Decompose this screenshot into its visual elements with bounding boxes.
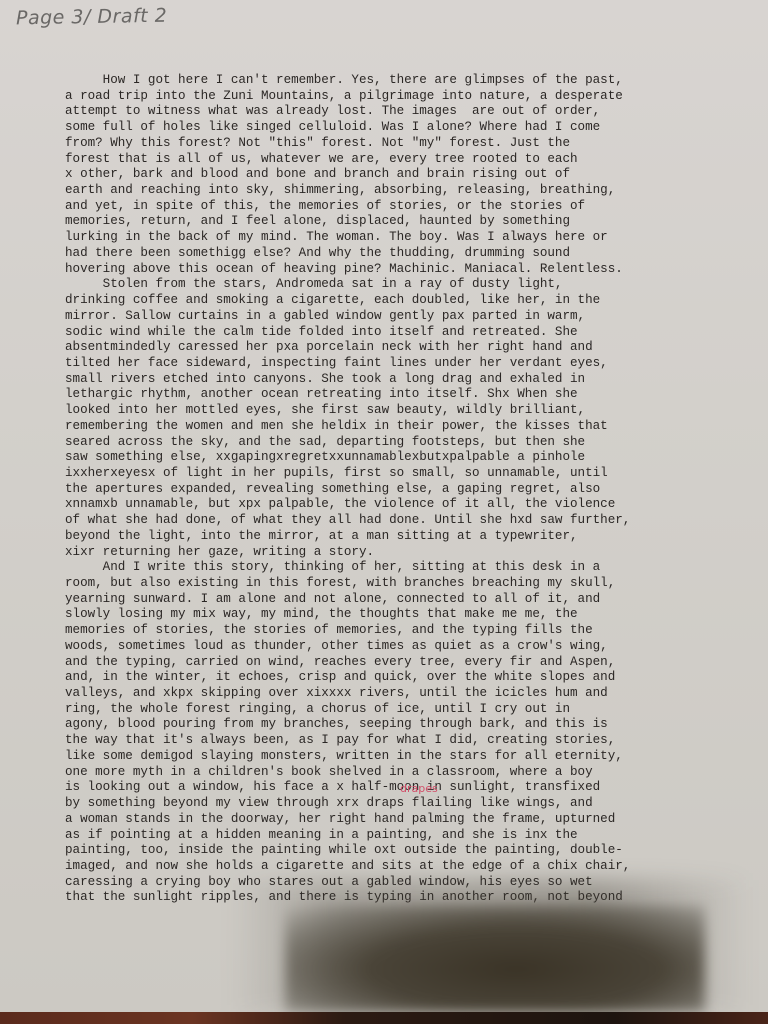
manuscript-line: as if pointing at a hidden meaning in a …: [65, 828, 705, 844]
manuscript-line: sodic wind while the calm tide folded in…: [65, 325, 705, 341]
manuscript-line: like some demigod slaying monsters, writ…: [65, 749, 705, 765]
manuscript-line: attempt to witness what was already lost…: [65, 104, 705, 120]
manuscript-line: by something beyond my view through xrx …: [65, 796, 705, 812]
manuscript-line: x other, bark and blood and bone and bra…: [65, 167, 705, 183]
manuscript-line: absentmindedly caressed her pxa porcelai…: [65, 340, 705, 356]
manuscript-line: imaged, and now she holds a cigarette an…: [65, 859, 705, 875]
manuscript-line: a road trip into the Zuni Mountains, a p…: [65, 89, 705, 105]
manuscript-line: saw something else, xxgapingxregretxxunn…: [65, 450, 705, 466]
manuscript-line: xixr returning her gaze, writing a story…: [65, 545, 705, 561]
manuscript-line: and, in the winter, it echoes, crisp and…: [65, 670, 705, 686]
manuscript-line: woods, sometimes loud as thunder, other …: [65, 639, 705, 655]
manuscript-line: remembering the women and men she heldix…: [65, 419, 705, 435]
manuscript-line: and the typing, carried on wind, reaches…: [65, 655, 705, 671]
manuscript-line: of what she had done, of what they all h…: [65, 513, 705, 529]
manuscript-line: yearning sunward. I am alone and not alo…: [65, 592, 705, 608]
manuscript-line: seared across the sky, and the sad, depa…: [65, 435, 705, 451]
manuscript-line: one more myth in a children's book shelv…: [65, 765, 705, 781]
manuscript-line: agony, blood pouring from my branches, s…: [65, 717, 705, 733]
page-draft-note: Page 3/ Draft 2: [16, 5, 168, 30]
desk-surface: [0, 1012, 768, 1024]
manuscript-line: is looking out a window, his face a x ha…: [65, 780, 705, 796]
handwritten-correction: drapes: [400, 782, 438, 795]
manuscript-line: small rivers etched into canyons. She to…: [65, 372, 705, 388]
manuscript-line: ring, the whole forest ringing, a chorus…: [65, 702, 705, 718]
manuscript-line: a woman stands in the doorway, her right…: [65, 812, 705, 828]
manuscript-line: and yet, in spite of this, the memories …: [65, 199, 705, 215]
manuscript-line: xnnamxb unnamable, but xpx palpable, the…: [65, 497, 705, 513]
manuscript-line: tilted her face sideward, inspecting fai…: [65, 356, 705, 372]
manuscript-line: lethargic rhythm, another ocean retreati…: [65, 387, 705, 403]
manuscript-line: ixxherxeyesx of light in her pupils, fir…: [65, 466, 705, 482]
manuscript-line: room, but also existing in this forest, …: [65, 576, 705, 592]
manuscript-line: memories, return, and I feel alone, disp…: [65, 214, 705, 230]
manuscript-line: had there been somethigg else? And why t…: [65, 246, 705, 262]
manuscript-line: some full of holes like singed celluloid…: [65, 120, 705, 136]
manuscript-line: mirror. Sallow curtains in a gabled wind…: [65, 309, 705, 325]
manuscript-line: painting, too, inside the painting while…: [65, 843, 705, 859]
manuscript-line: And I write this story, thinking of her,…: [65, 560, 705, 576]
manuscript-line: looked into her mottled eyes, she first …: [65, 403, 705, 419]
manuscript-line: Stolen from the stars, Andromeda sat in …: [65, 277, 705, 293]
camera-shadow: [285, 905, 705, 1012]
manuscript-line: the apertures expanded, revealing someth…: [65, 482, 705, 498]
manuscript-line: slowly losing my mix way, my mind, the t…: [65, 607, 705, 623]
manuscript-line: earth and reaching into sky, shimmering,…: [65, 183, 705, 199]
manuscript-page: Page 3/ Draft 2 How I got here I can't r…: [0, 0, 768, 1012]
manuscript-line: forest that is all of us, whatever we ar…: [65, 152, 705, 168]
manuscript-line: How I got here I can't remember. Yes, th…: [65, 73, 705, 89]
manuscript-line: valleys, and xkpx skipping over xixxxx r…: [65, 686, 705, 702]
manuscript-line: drinking coffee and smoking a cigarette,…: [65, 293, 705, 309]
manuscript-line: from? Why this forest? Not "this" forest…: [65, 136, 705, 152]
typewritten-text: How I got here I can't remember. Yes, th…: [65, 73, 705, 906]
manuscript-line: memories of stories, the stories of memo…: [65, 623, 705, 639]
manuscript-line: hovering above this ocean of heaving pin…: [65, 262, 705, 278]
manuscript-line: lurking in the back of my mind. The woma…: [65, 230, 705, 246]
manuscript-line: beyond the light, into the mirror, at a …: [65, 529, 705, 545]
manuscript-line: the way that it's always been, as I pay …: [65, 733, 705, 749]
